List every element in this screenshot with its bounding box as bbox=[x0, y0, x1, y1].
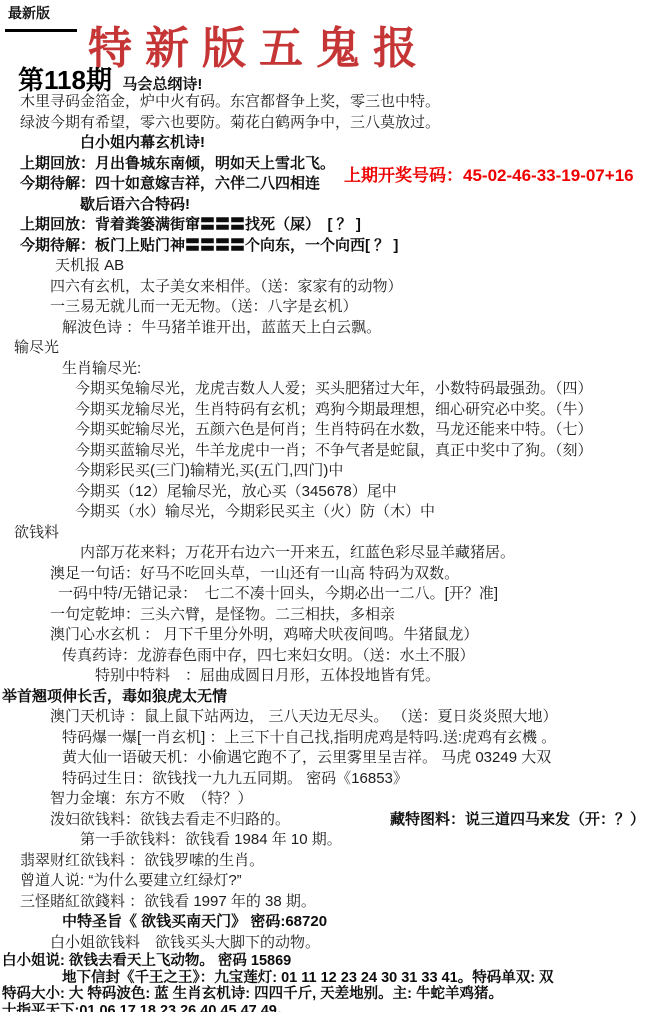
section-label-yuqianliao: 欲钱料 bbox=[0, 523, 663, 544]
tips-line: 三怪賭紅欲錢料 ：欲钱看 1997 年的 38 期。 bbox=[0, 892, 663, 913]
bold-proverb-line: 举首翘项伸长舌，毒如狼虎太无情 bbox=[0, 687, 663, 708]
tips-line: 黄大仙一语破天机：小偷遇它跑不了，云里雾里呈吉祥。 马虎 03249 大双 bbox=[0, 748, 663, 769]
shujinguang-line: 今期买龙输尽光，生肖特码有玄机；鸡狗今期最理想，细心研究必中奖。（牛） bbox=[0, 400, 663, 421]
shujinguang-line: 今期买（水）输尽光，今期彩民买主（火）防（木）中 bbox=[0, 502, 663, 523]
shengzhi-line: 中特圣旨《 欲钱买南天门》 密码:68720 bbox=[0, 912, 663, 933]
xiehouyu-title: 歇后语六合特码! bbox=[0, 195, 663, 216]
tips-line: 白小姐欲钱料 欲钱买头大脚下的动物。 bbox=[0, 933, 663, 954]
tips-line: 第一手欲钱料：欲钱看 1984 年 10 期。 bbox=[0, 830, 663, 851]
tips-line: 一句定乾坤：三头六臂，是怪物。二三相扶，多相亲 bbox=[0, 605, 663, 626]
issue-tagline: 马会总纲诗! bbox=[122, 76, 202, 93]
report-body: 木里寻码金箔金，炉中火有码。东宫都督争上奖，零三也中特。 绿波今期有希望，零六也… bbox=[0, 92, 663, 1012]
xiehouyu-redacted-line: 上期回放：背着粪篓满街窜〓〓〓找死（屎） [ ？ ] bbox=[0, 215, 663, 236]
tips-line: 澳门心水玄机 ： 月下千里分外明，鸡啼犬吠夜间鸣。牛猪鼠龙） bbox=[0, 625, 663, 646]
tips-line: 特码爆一爆[一肖玄机] ：上三下十自己找,指明虎鸡是特吗.送:虎鸡有玄機 。 bbox=[0, 728, 663, 749]
tips-line: 特码过生日：欲钱找一九九五同期。 密码《16853》 bbox=[0, 769, 663, 790]
tips-line: 澳足一句话：好马不吃回头草，一山还有一山高 特码为双数。 bbox=[0, 564, 663, 585]
edition-label: 最新版 bbox=[8, 3, 50, 23]
baixiaojie-poem-title: 白小姐内幕玄机诗! bbox=[0, 133, 663, 154]
shujinguang-line: 今期买兔输尽光，龙虎吉数人人爱；买头肥猪过大年，小数特码最强劲。（四） bbox=[0, 379, 663, 400]
tips-line: 澳门天机诗 ：鼠上鼠下站两边， 三八天边无尽头。 （送：夏日炎炎照大地） bbox=[0, 707, 663, 728]
tips-split-line: 泼妇欲钱料：欲钱去看走不归路的。 藏特图料：说三道四马来发（开：？） bbox=[0, 810, 663, 831]
tips-line: 翡翠财红欲钱料 ：欲钱罗嗦的生肖。 bbox=[0, 851, 663, 872]
page-header: 最新版 特新版五鬼报 第118期 马会总纲诗! bbox=[0, 0, 663, 92]
issue-number: 第118期 bbox=[18, 65, 112, 95]
powu-yuqian-text: 泼妇欲钱料：欲钱去看走不归路的。 bbox=[50, 811, 290, 828]
shujinguang-line: 今期买蓝输尽光，牛羊龙虎中一肖；不争气者是蛇鼠，真正中奖中了狗。（刻） bbox=[0, 441, 663, 462]
zongang-poem-line: 木里寻码金箔金，炉中火有码。东宫都督争上奖，零三也中特。 bbox=[0, 92, 663, 113]
zongang-poem-line: 绿波今期有希望，零六也要防。菊花白鹤两争中，三八莫放过。 bbox=[0, 113, 663, 134]
bose-poem-line: 解波色诗 ：牛马猪羊谁开出，蓝蓝天上白云飘。 bbox=[0, 318, 663, 339]
tips-line: 一码中特/无错记录： 七二不凑十回头，今期必出一二八。[开？准] bbox=[0, 584, 663, 605]
tips-line: 内部万花来料；万花开右边六一开来五，红蓝色彩尽显羊藏猪居。 bbox=[0, 543, 663, 564]
five-ghost-report-page: 最新版 特新版五鬼报 第118期 马会总纲诗! 上期开奖号码：45-02-46-… bbox=[0, 0, 663, 1012]
footer-line: 白小姐说: 欲钱去看天上飞动物。 密码 15869 bbox=[0, 953, 663, 970]
shujinguang-line: 今期买（12）尾输尽光，放心买（345678）尾中 bbox=[0, 482, 663, 503]
section-label-shujinguang: 输尽光 bbox=[0, 338, 663, 359]
footer-line: 地下信封《千王之王》：九宝莲灯: 01 11 12 23 24 30 31 33… bbox=[0, 970, 663, 987]
xiehouyu-redacted-line: 今期待解：板门上贴门神〓〓〓〓个向东，一个向西[ ？ ] bbox=[0, 236, 663, 257]
footer-line: 十指平天下:01 06 17 18 23 26 40 45 47 49。 bbox=[0, 1003, 663, 1012]
tips-line: 传真药诗：龙游春色雨中存，四七来妇女明。（送：水土不服） bbox=[0, 646, 663, 667]
tianjibao-line: 天机报 AB bbox=[0, 256, 663, 277]
shujinguang-line: 今期买蛇输尽光，五颜六色是何肖；生肖特码在水数，马龙还能来中特。（七） bbox=[0, 420, 663, 441]
tips-line: 特别中特料 ：屈曲成圆日月形，五体投地皆有凭。 bbox=[0, 666, 663, 687]
tianji-line: 四六有玄机，太子美女来相伴。（送：家家有的动物） bbox=[0, 277, 663, 298]
baixiaojie-poem-line: 今期待解：四十如意嫁吉祥，六伴二八四相连 bbox=[0, 174, 663, 195]
tips-line: 曾道人说: “为什么要建立红绿灯?” bbox=[0, 871, 663, 892]
tianji-line: 一三易无就儿而一无无物。（送：八字是玄机） bbox=[0, 297, 663, 318]
shujinguang-line: 今期彩民买(三门)输精光,买(五门,四门)中 bbox=[0, 461, 663, 482]
tips-line: 智力金壤：东方不败 （特？） bbox=[0, 789, 663, 810]
baixiaojie-poem-line: 上期回放：月出鲁城东南倾，明如天上雪北飞。 bbox=[0, 154, 663, 175]
footer-line: 特码大小: 大 特码波色: 蓝 生肖玄机诗: 四四千斤, 天差地别。主: 牛蛇羊… bbox=[0, 986, 663, 1003]
header-divider-line bbox=[5, 29, 77, 32]
cangte-tuliao-text: 藏特图料：说三道四马来发（开：？） bbox=[390, 810, 645, 831]
shengxiao-shujinguang-title: 生肖输尽光: bbox=[0, 359, 663, 380]
